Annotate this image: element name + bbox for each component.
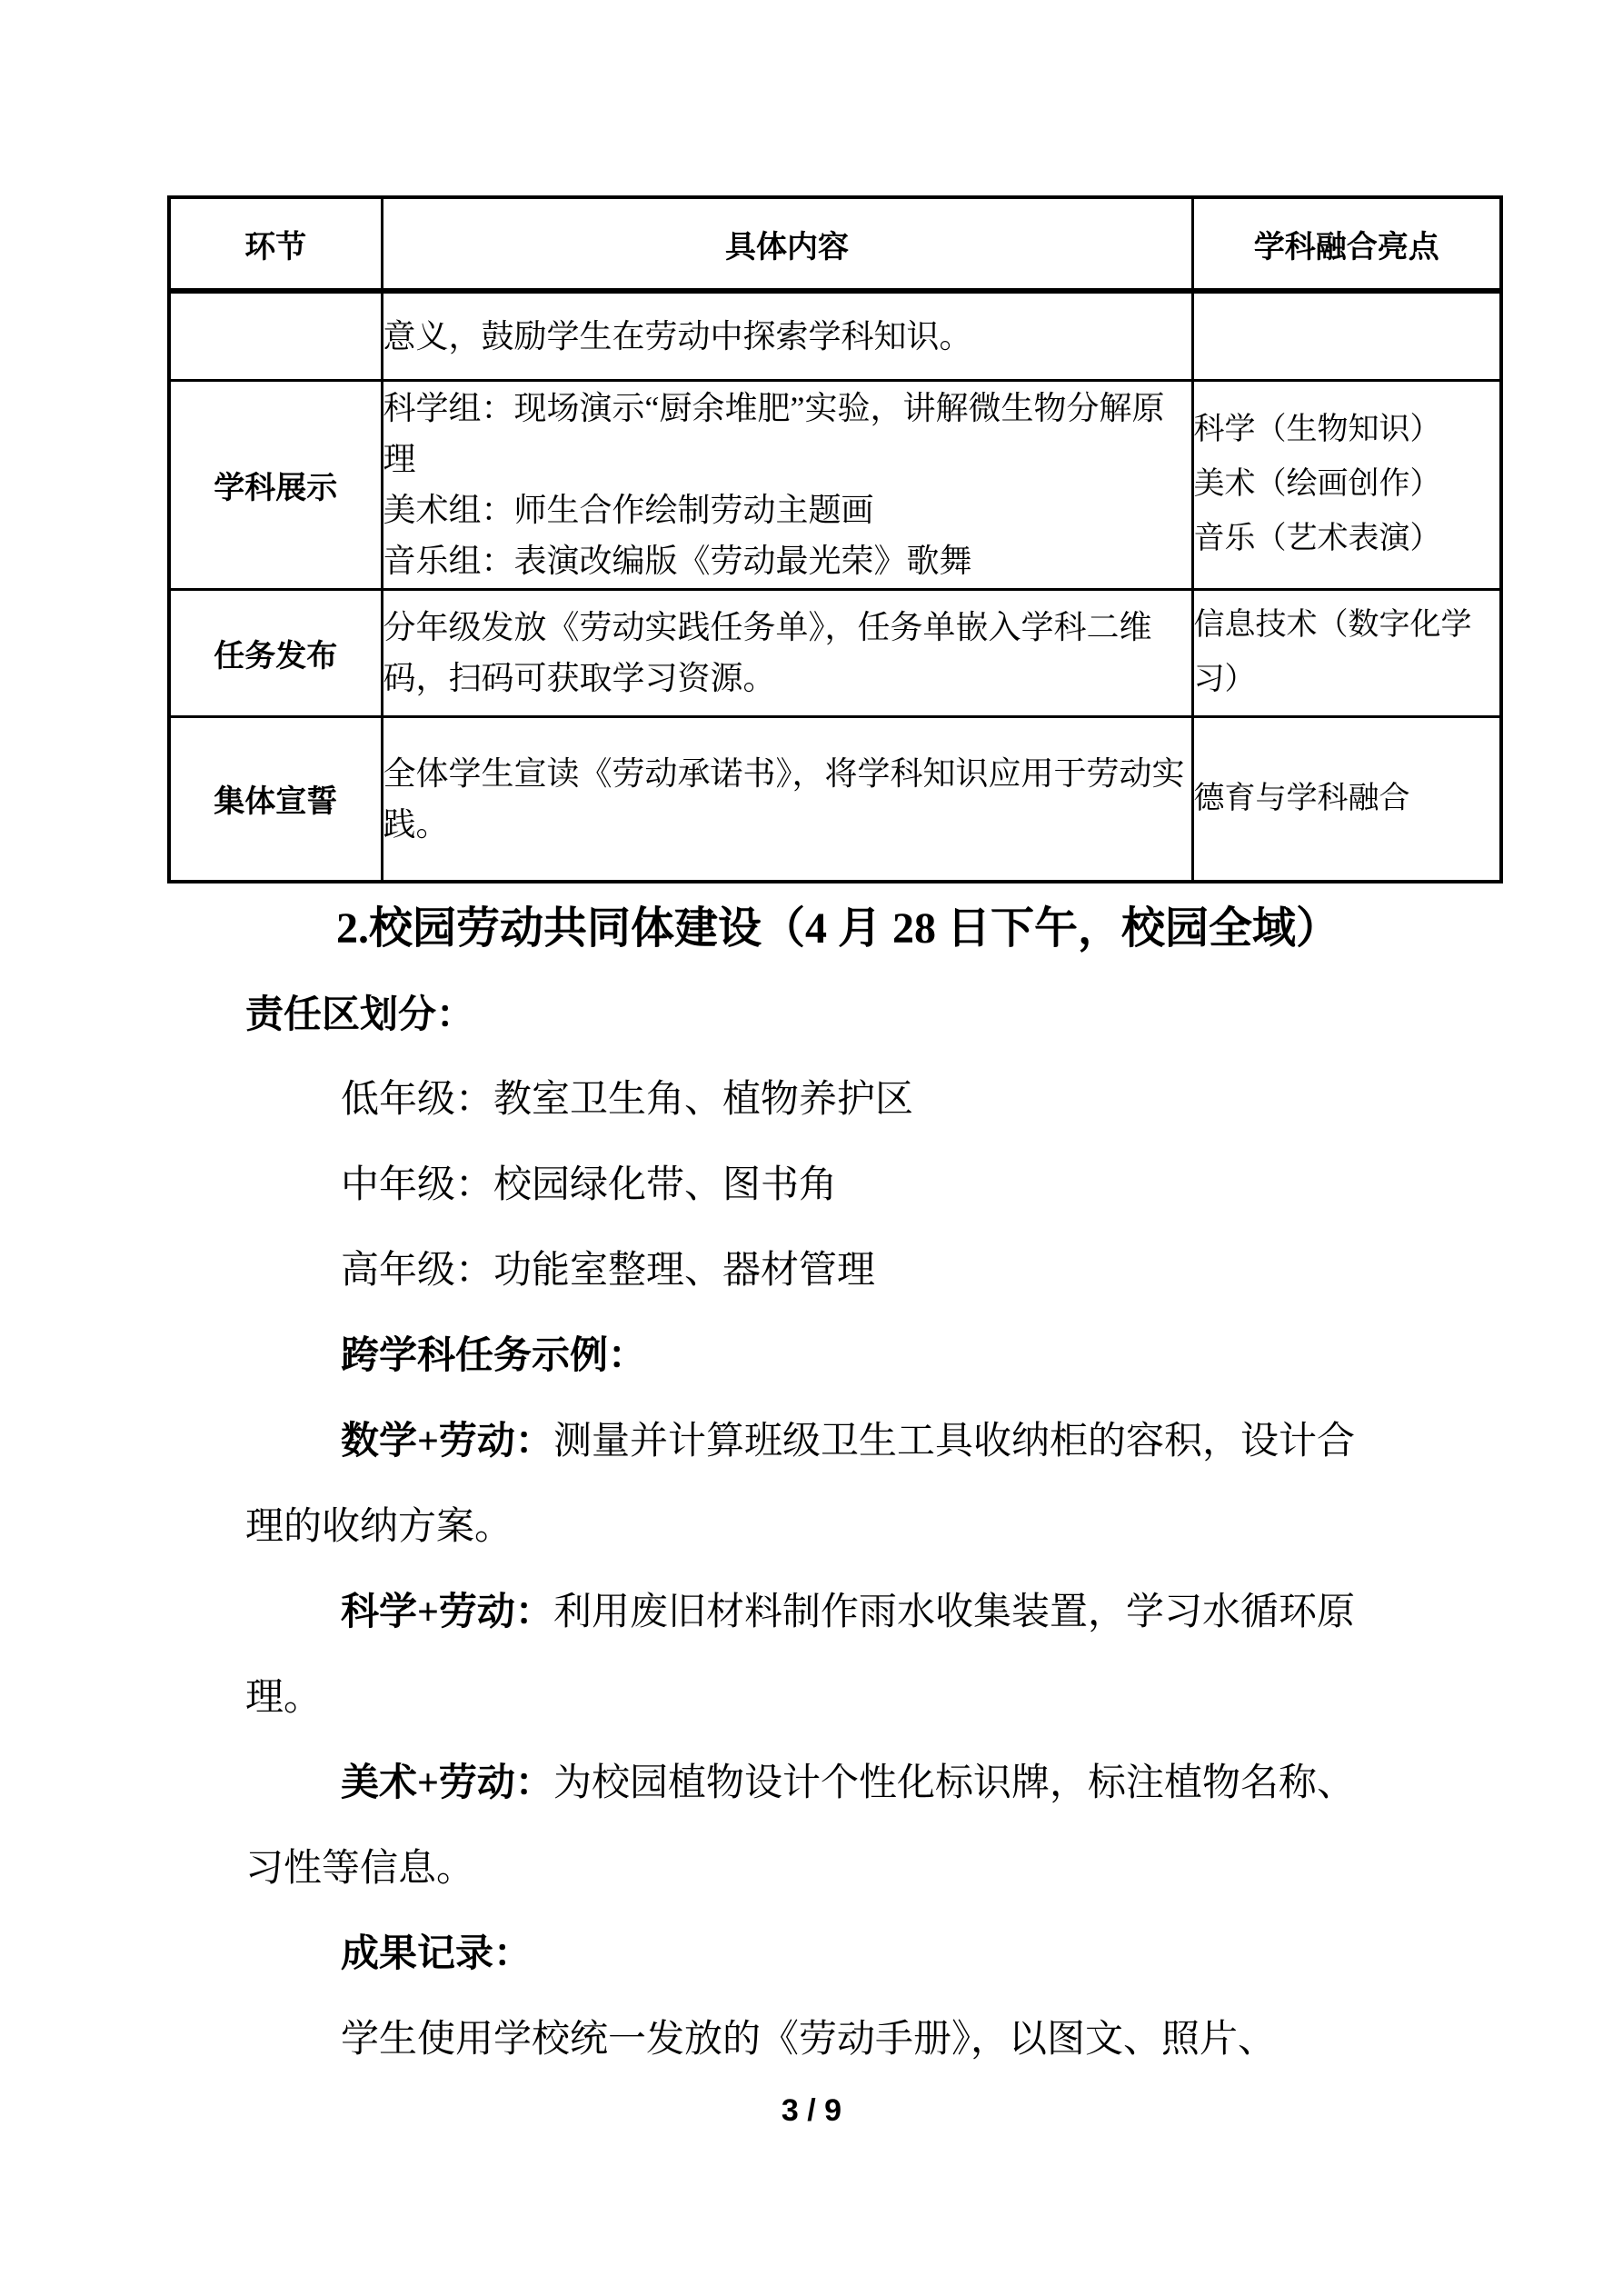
- task-paragraph-science: 科学+劳动：利用废旧材料制作雨水收集装置，学习水循环原理。: [245, 1570, 1365, 1741]
- zone-item-low: 低年级：教室卫生角、植物养护区: [245, 1057, 1365, 1143]
- zone-item-mid: 中年级：校园绿化带、图书角: [245, 1143, 1365, 1228]
- cell-content: 全体学生宣读《劳动承诺书》，将学科知识应用于劳动实践。: [382, 716, 1192, 882]
- task-label: 美术+劳动：: [341, 1762, 553, 1804]
- cell-highlight: 科学（生物知识） 美术（绘画创作） 音乐（艺术表演）: [1192, 380, 1501, 589]
- document-page: { "table": { "headers": ["环节", "具体内容", "…: [0, 0, 1623, 2296]
- cell-highlight: 德育与学科融合: [1192, 716, 1501, 882]
- cell-content: 分年级发放《劳动实践任务单》，任务单嵌入学科二维码，扫码可获取学习资源。: [382, 589, 1192, 716]
- content-line: 音乐组：表演改编版《劳动最光荣》歌舞: [383, 535, 1191, 586]
- zone-item-high: 高年级：功能室整理、器材管理: [245, 1228, 1365, 1313]
- section-body: 2.校园劳动共同体建设（4 月 28 日下午，校园全域） 责任区划分： 低年级：…: [245, 886, 1365, 2082]
- table-header-row: 环节 具体内容 学科融合亮点: [169, 197, 1501, 291]
- page-number: 3 / 9: [782, 2093, 841, 2128]
- content-line: 分年级发放《劳动实践任务单》，任务单嵌入学科二维码，扫码可获取学习资源。: [383, 602, 1191, 704]
- highlight-line: 信息技术（数字化学习）: [1194, 598, 1500, 707]
- highlight-line: 音乐（艺术表演）: [1194, 512, 1500, 566]
- header-cell-content: 具体内容: [382, 197, 1192, 291]
- cell-stage: [169, 291, 382, 380]
- table-row: 集体宣誓 全体学生宣读《劳动承诺书》，将学科知识应用于劳动实践。 德育与学科融合: [169, 716, 1501, 882]
- table-row: 意义，鼓励学生在劳动中探索学科知识。: [169, 291, 1501, 380]
- tasks-label: 跨学科任务示例：: [245, 1313, 1365, 1399]
- cell-highlight: [1192, 291, 1501, 380]
- table-row: 学科展示 科学组：现场演示“厨余堆肥”实验，讲解微生物分解原理 美术组：师生合作…: [169, 380, 1501, 589]
- header-cell-stage: 环节: [169, 197, 382, 291]
- cell-highlight: 信息技术（数字化学习）: [1192, 589, 1501, 716]
- schedule-table: 环节 具体内容 学科融合亮点 意义，鼓励学生在劳动中探索学科知识。 学科展示 科…: [167, 195, 1503, 883]
- records-paragraph: 学生使用学校统一发放的《劳动手册》，以图文、照片、: [245, 1997, 1365, 2082]
- section-heading: 2.校园劳动共同体建设（4 月 28 日下午，校园全域）: [245, 886, 1365, 972]
- cell-stage: 学科展示: [169, 380, 382, 589]
- task-paragraph-art: 美术+劳动：为校园植物设计个性化标识牌，标注植物名称、习性等信息。: [245, 1741, 1365, 1912]
- table-row: 任务发布 分年级发放《劳动实践任务单》，任务单嵌入学科二维码，扫码可获取学习资源…: [169, 589, 1501, 716]
- highlight-line: 德育与学科融合: [1194, 772, 1500, 826]
- cell-stage: 任务发布: [169, 589, 382, 716]
- responsibility-label: 责任区划分：: [245, 972, 1365, 1057]
- records-label: 成果记录：: [245, 1912, 1365, 1997]
- task-label: 数学+劳动：: [341, 1421, 553, 1462]
- task-paragraph-math: 数学+劳动：测量并计算班级卫生工具收纳柜的容积，设计合理的收纳方案。: [245, 1399, 1365, 1570]
- highlight-line: 美术（绘画创作）: [1194, 457, 1500, 512]
- task-label: 科学+劳动：: [341, 1592, 553, 1633]
- highlight-line: 科学（生物知识）: [1194, 403, 1500, 457]
- content-line: 美术组：师生合作绘制劳动主题画: [383, 484, 1191, 535]
- page-footer: 3 / 9: [0, 2091, 1623, 2131]
- content-line: 意义，鼓励学生在劳动中探索学科知识。: [383, 311, 1191, 362]
- cell-stage: 集体宣誓: [169, 716, 382, 882]
- content-line: 科学组：现场演示“厨余堆肥”实验，讲解微生物分解原理: [383, 383, 1191, 484]
- header-cell-highlight: 学科融合亮点: [1192, 197, 1501, 291]
- content-line: 全体学生宣读《劳动承诺书》，将学科知识应用于劳动实践。: [383, 748, 1191, 850]
- cell-content: 科学组：现场演示“厨余堆肥”实验，讲解微生物分解原理 美术组：师生合作绘制劳动主…: [382, 380, 1192, 589]
- cell-content: 意义，鼓励学生在劳动中探索学科知识。: [382, 291, 1192, 380]
